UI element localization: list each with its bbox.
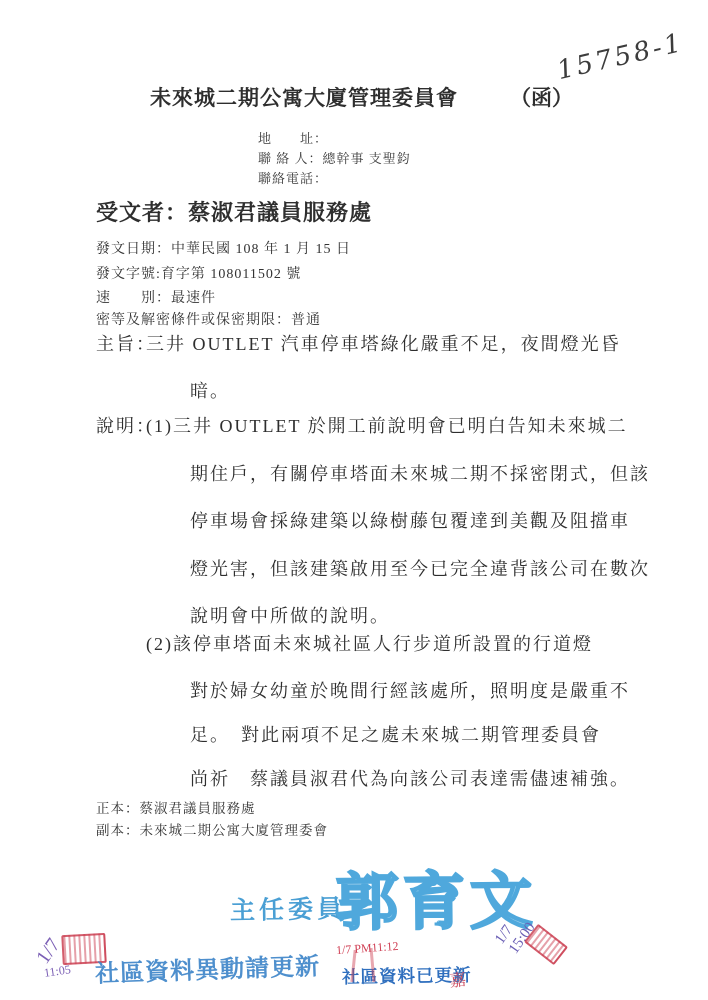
contact-person-line: 聯 絡 人：總幹事 支聖鈞 [258,148,411,167]
blue-stamp-update-request: 社區資料異動請更新 [94,946,320,989]
body-line: (1)三井 OUTLET 於開工前說明會已明白告知未來城二 [146,412,628,438]
body-line: 停車場會採綠建築以綠樹藤包覆達到美觀及阻擋車 [190,507,630,533]
doc-type-label: （函） [510,82,573,112]
red-handwritten-character: 嘉 [448,965,468,992]
handwritten-time-left: 11:05 [43,962,72,981]
subject-line-1: 三井 OUTLET 汽車停車塔綠化嚴重不足，夜間燈光昏 [146,330,621,356]
body-line: 期住戶，有關停車塔面未來城二期不採密閉式，但該 [190,460,650,486]
doc-number-line: 發文字號:育字第 108011502 號 [96,263,301,283]
priority-line: 速 別：最速件 [96,287,216,307]
body-line: 燈光害，但該建築啟用至今已完全違背該公司在數次 [190,555,650,581]
body-line: 說明會中所做的說明。 [190,602,390,628]
issue-date-line: 發文日期：中華民國 108 年 1 月 15 日 [96,238,351,258]
handwritten-ref-number: 15758-1 [554,28,686,86]
address-line: 地 址： [258,128,328,147]
handwritten-datetime-middle: 1/7 PM11:12 [336,939,399,958]
body-line: 對於婦女幼童於晚間行經該處所，照明度是嚴重不 [190,677,630,703]
body-line: 尚祈 蔡議員淑君代為向該公司表達需儘速補強。 [190,765,630,791]
body-line: 足。 對此兩項不足之處未來城二期管理委員會 [190,721,601,747]
chairman-title-stamp: 主任委員 [230,889,347,927]
body-line: (2)該停車塔面未來城社區人行步道所設置的行道燈 [146,630,593,656]
recipient-line: 受文者：蔡淑君議員服務處 [96,196,372,227]
contact-phone-line: 聯絡電話： [258,168,328,187]
scanned-letter-page: 15758-1 未來城二期公寓大廈管理委員會 （函） 地 址： 聯 絡 人：總幹… [0,0,708,1000]
cc-copy-line: 副本：未來城二期公寓大廈管理委會 [96,819,328,839]
original-copy-line: 正本：蔡淑君議員服務處 [96,797,256,817]
org-title: 未來城二期公寓大廈管理委員會 [150,82,458,112]
subject-line-2: 暗。 [190,377,230,403]
classification-line: 密等及解密條件或保密期限：普通 [96,309,321,329]
